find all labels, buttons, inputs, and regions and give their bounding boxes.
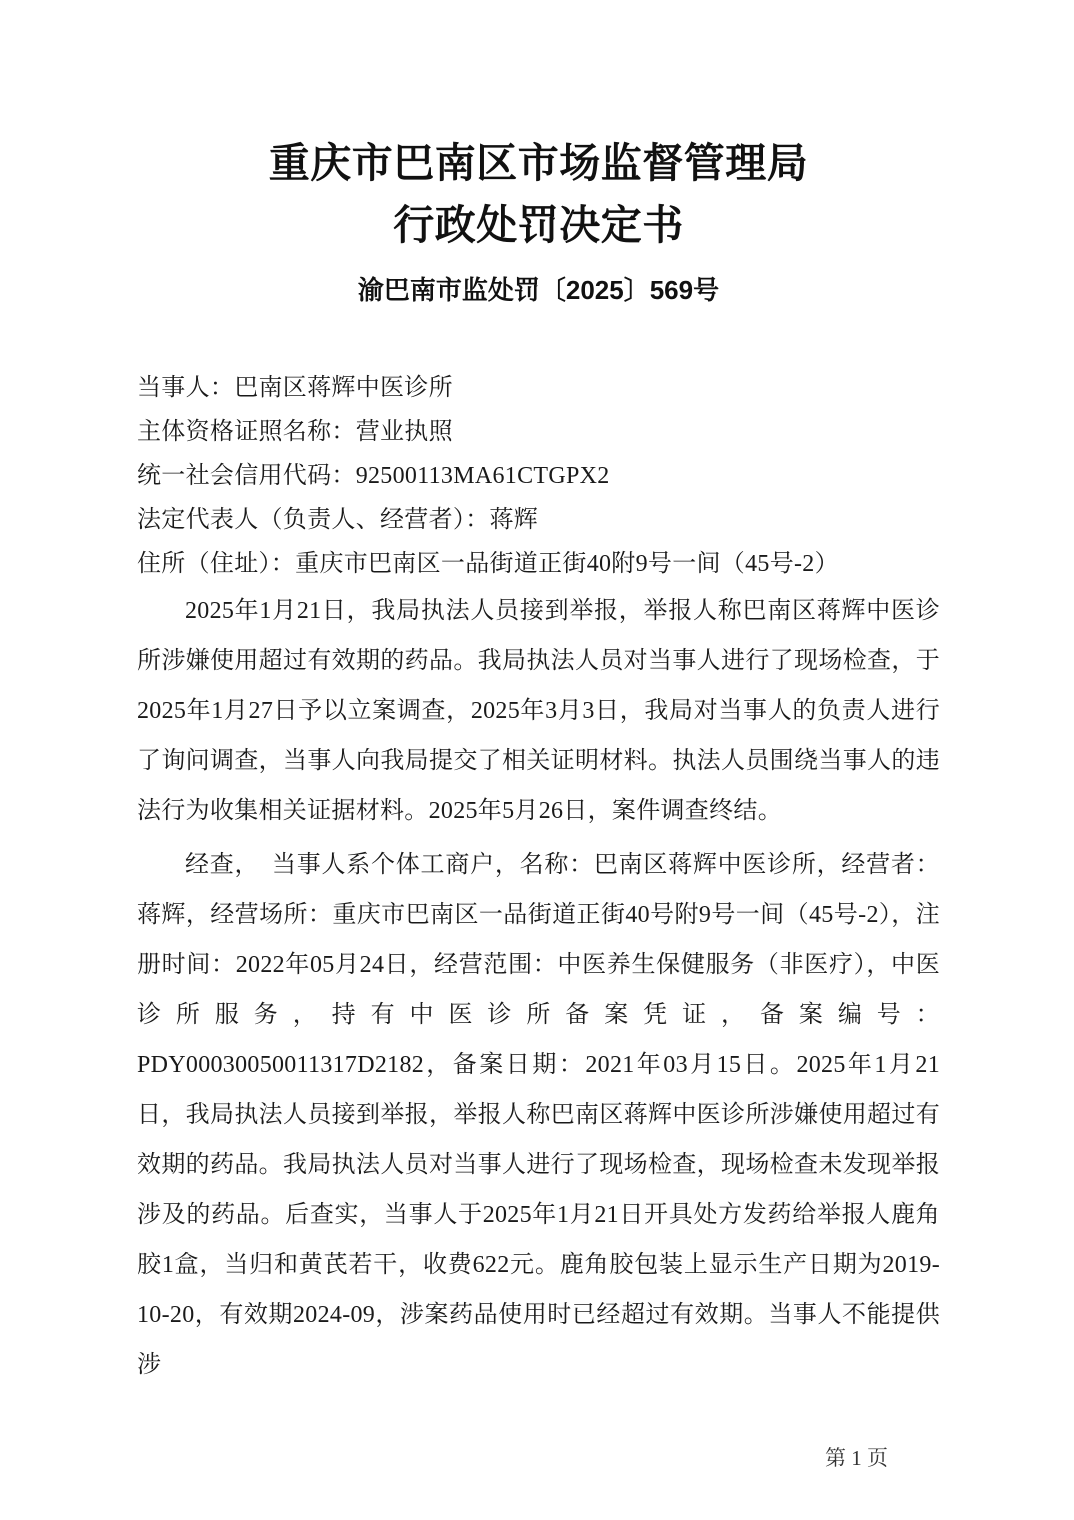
license-type-line: 主体资格证照名称：营业执照	[137, 410, 940, 454]
document-content: 重庆市巴南区市场监督管理局 行政处罚决定书 渝巴南市监处罚〔2025〕569号 …	[0, 0, 1074, 1390]
party-name-line: 当事人：巴南区蒋辉中医诊所	[137, 366, 940, 410]
document-type-title: 行政处罚决定书	[137, 194, 940, 256]
credit-code-line: 统一社会信用代码：92500113MA61CTGPX2	[137, 454, 940, 498]
penalty-decision-document-page: 重庆市巴南区市场监督管理局 行政处罚决定书 渝巴南市监处罚〔2025〕569号 …	[0, 0, 1074, 1520]
legal-representative-line: 法定代表人（负责人、经营者）：蒋辉	[137, 498, 940, 542]
case-initiation-paragraph: 2025年1月21日，我局执法人员接到举报，举报人称巴南区蒋辉中医诊所涉嫌使用超…	[137, 586, 940, 836]
document-body: 2025年1月21日，我局执法人员接到举报，举报人称巴南区蒋辉中医诊所涉嫌使用超…	[137, 586, 940, 1390]
document-title-block: 重庆市巴南区市场监督管理局 行政处罚决定书	[137, 0, 940, 256]
document-number: 渝巴南市监处罚〔2025〕569号	[137, 270, 940, 310]
issuing-authority-title: 重庆市巴南区市场监督管理局	[137, 132, 940, 194]
address-line: 住所（住址）：重庆市巴南区一品街道正街40附9号一间（45号-2）	[137, 542, 940, 586]
investigation-findings-paragraph: 经查， 当事人系个体工商户，名称：巴南区蒋辉中医诊所，经营者：蒋辉，经营场所：重…	[137, 840, 940, 1390]
party-info-block: 当事人：巴南区蒋辉中医诊所 主体资格证照名称：营业执照 统一社会信用代码：925…	[137, 366, 940, 586]
page-number: 第 1 页	[825, 1446, 888, 1470]
